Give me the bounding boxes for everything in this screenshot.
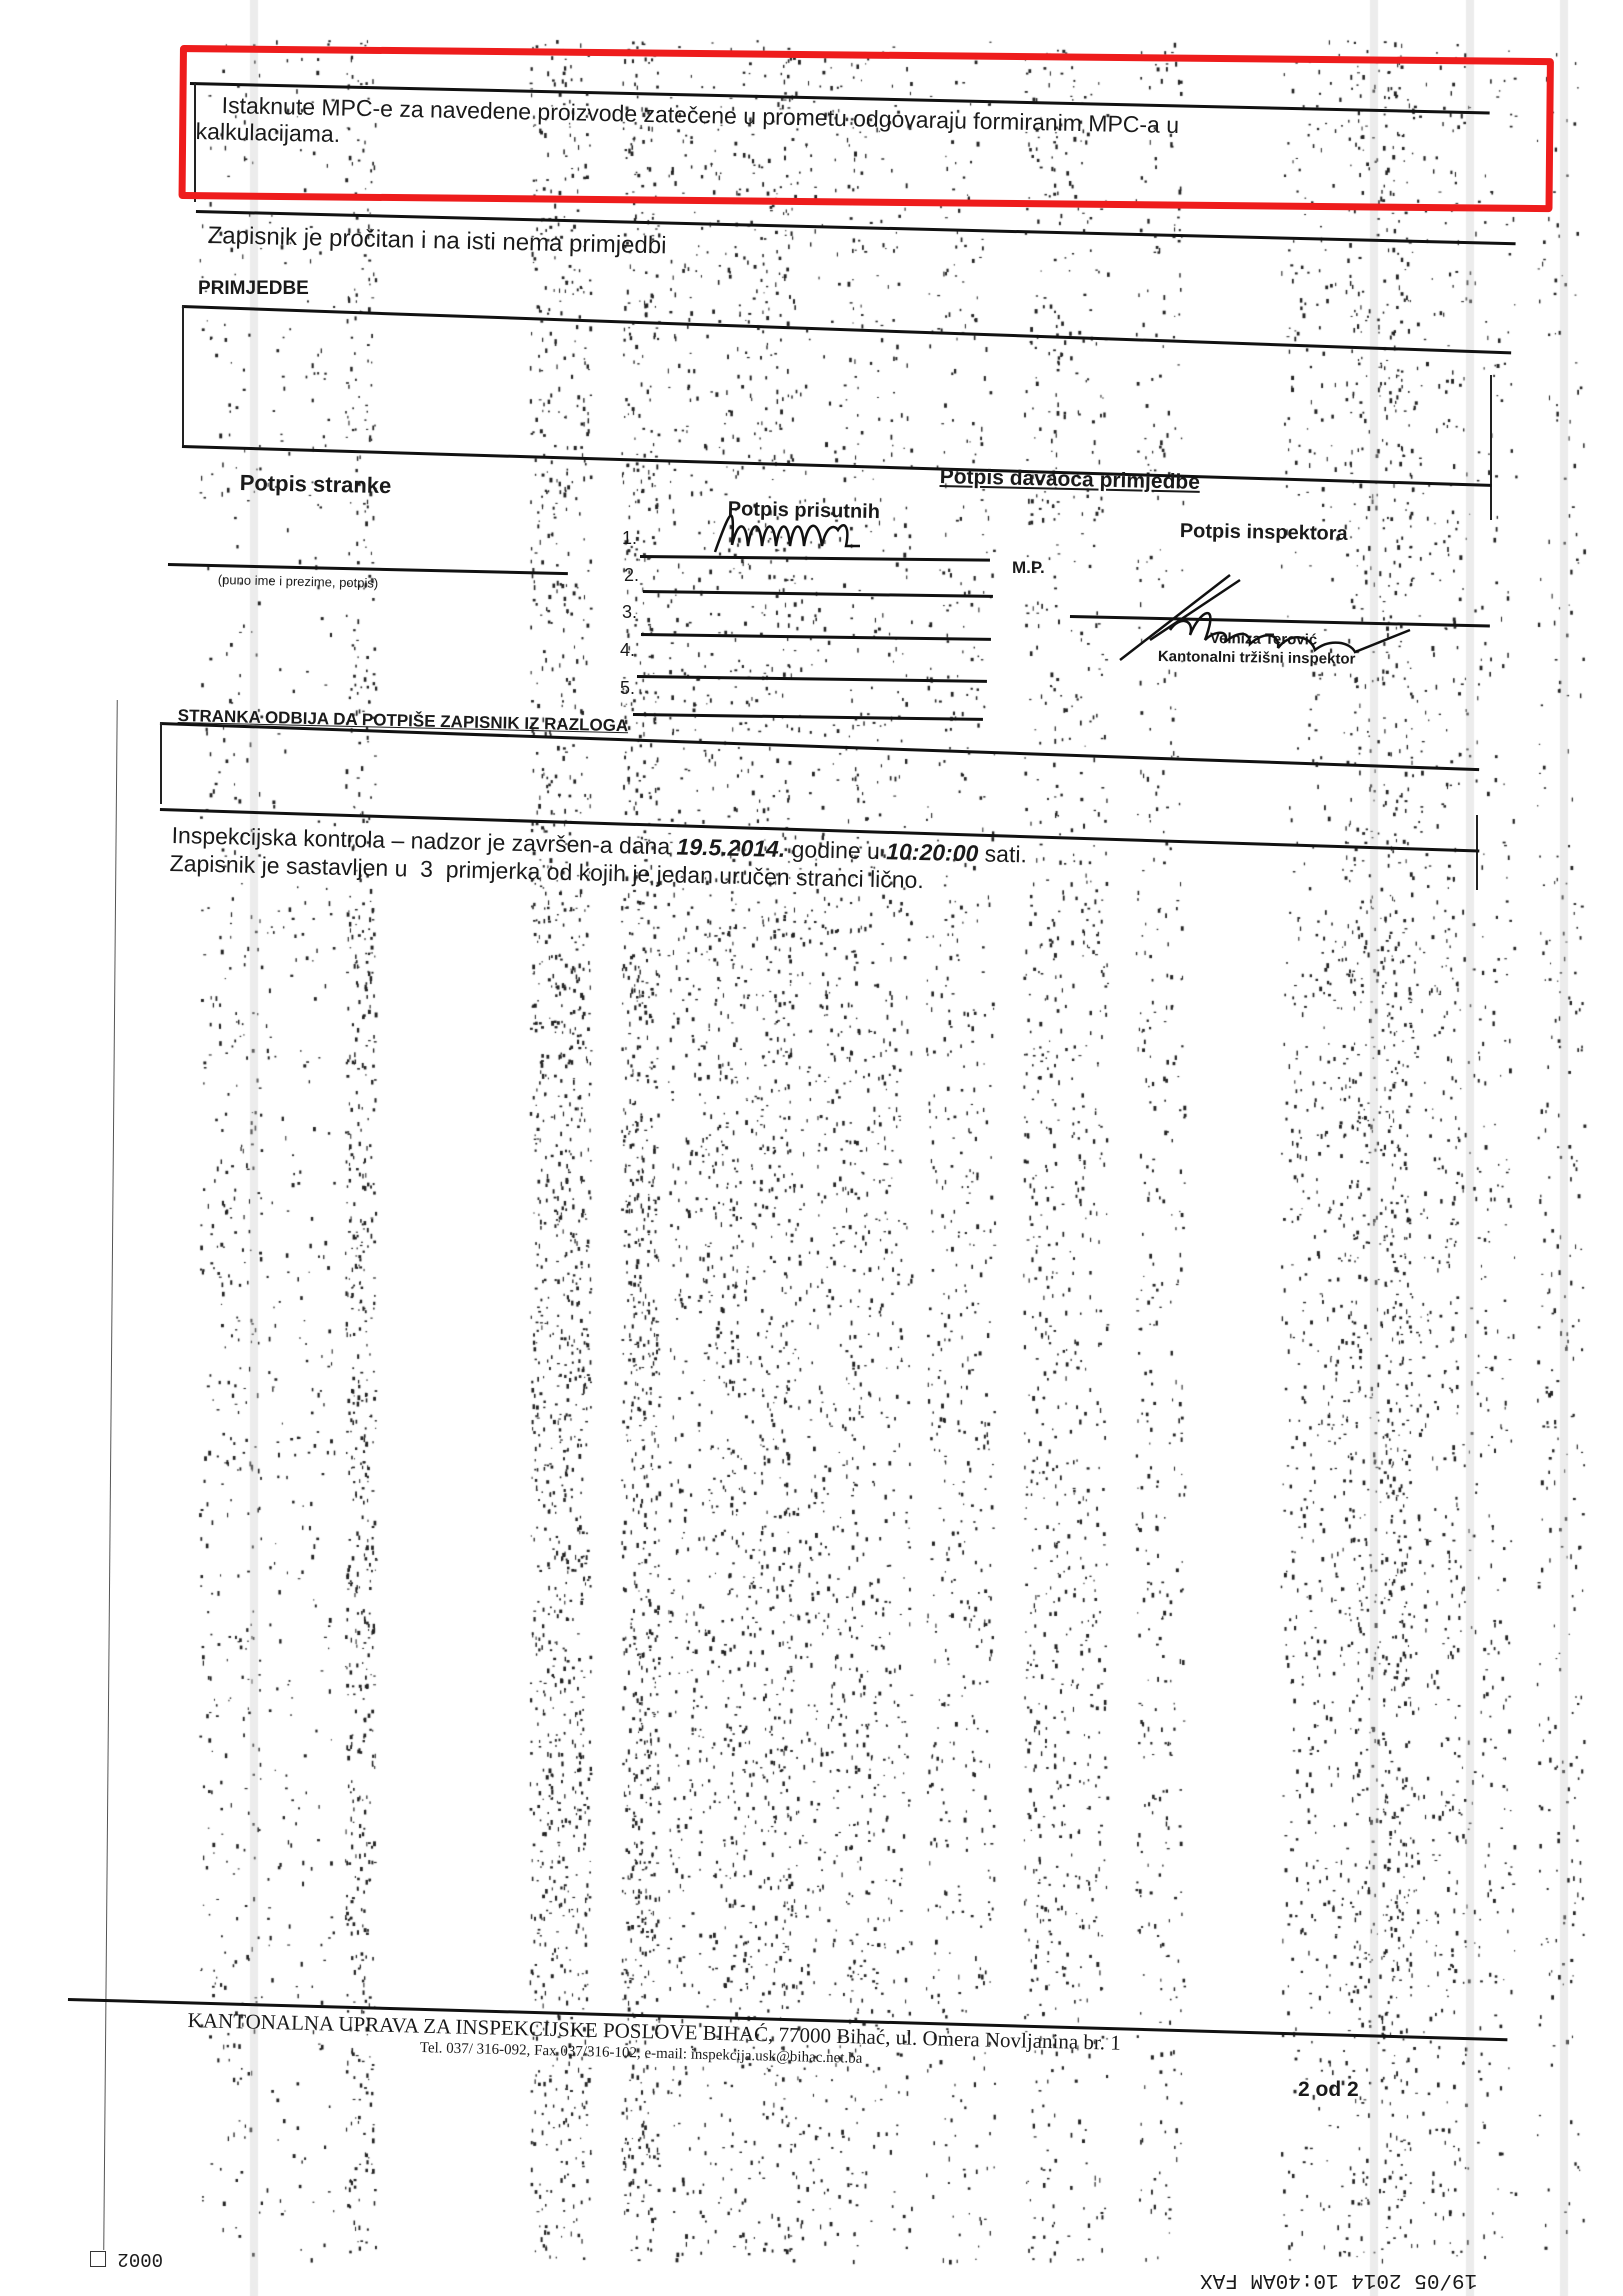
remarks-box-top	[182, 305, 1511, 354]
page-edge-line	[103, 700, 118, 2250]
closing-line-2-prefix: Zapisnik je sastavljen u	[169, 850, 407, 881]
fax-page-counter: 0002	[90, 2248, 163, 2270]
present-number-3: 3.	[622, 602, 637, 623]
present-number-2: 2.	[624, 565, 639, 586]
fax-page-counter-value: 0002	[117, 2248, 163, 2270]
remarks-box-left	[182, 305, 184, 445]
fax-page-icon	[90, 2251, 106, 2267]
present-number-4: 4.	[620, 640, 635, 661]
refusal-box-right	[1476, 815, 1478, 890]
remarks-box-right	[1490, 375, 1492, 520]
copies-count: 3	[420, 856, 433, 882]
party-signature-hint: (puno ime i prezime, potpis)	[218, 572, 379, 591]
inspector-handwritten-signature	[1110, 560, 1440, 670]
present-handwritten-signature	[710, 490, 890, 560]
closing-line-1-mid: godine u	[791, 836, 880, 864]
inspection-end-date: 19.5.2014.	[676, 833, 785, 861]
fax-timestamp-header: 19/05 2014 10:40AM FAX	[1200, 2268, 1477, 2291]
present-number-1: 1.	[622, 528, 637, 549]
page-number: 2 od 2	[1298, 2078, 1359, 2102]
scanned-fax-page: Istaknute MPC-e za navedene proizvode za…	[0, 0, 1623, 2296]
inspection-end-time: 10:20:00	[886, 838, 979, 866]
remarks-label: PRIMJEDBE	[198, 278, 309, 300]
remark-giver-signature-label: Potpis davaoca primjedbe	[939, 465, 1200, 495]
present-signature-line-2	[643, 590, 993, 598]
inspector-signature-label: Potpis inspektora	[1180, 520, 1348, 546]
refusal-box-left	[160, 722, 162, 804]
refusal-box-top	[160, 722, 1479, 771]
read-statement: Zapisnik je pročitan i na isti nema prim…	[207, 222, 666, 260]
present-number-5: 5.	[620, 678, 635, 699]
stamp-placeholder-label: M.P.	[1012, 558, 1045, 578]
present-signature-line-5	[633, 713, 983, 721]
present-signature-line-4	[637, 675, 987, 683]
present-signature-line-3	[641, 633, 991, 641]
closing-line-1-suffix: sati.	[984, 840, 1027, 867]
party-signature-label: Potpis stranke	[239, 470, 391, 499]
highlight-annotation-box	[179, 45, 1554, 212]
